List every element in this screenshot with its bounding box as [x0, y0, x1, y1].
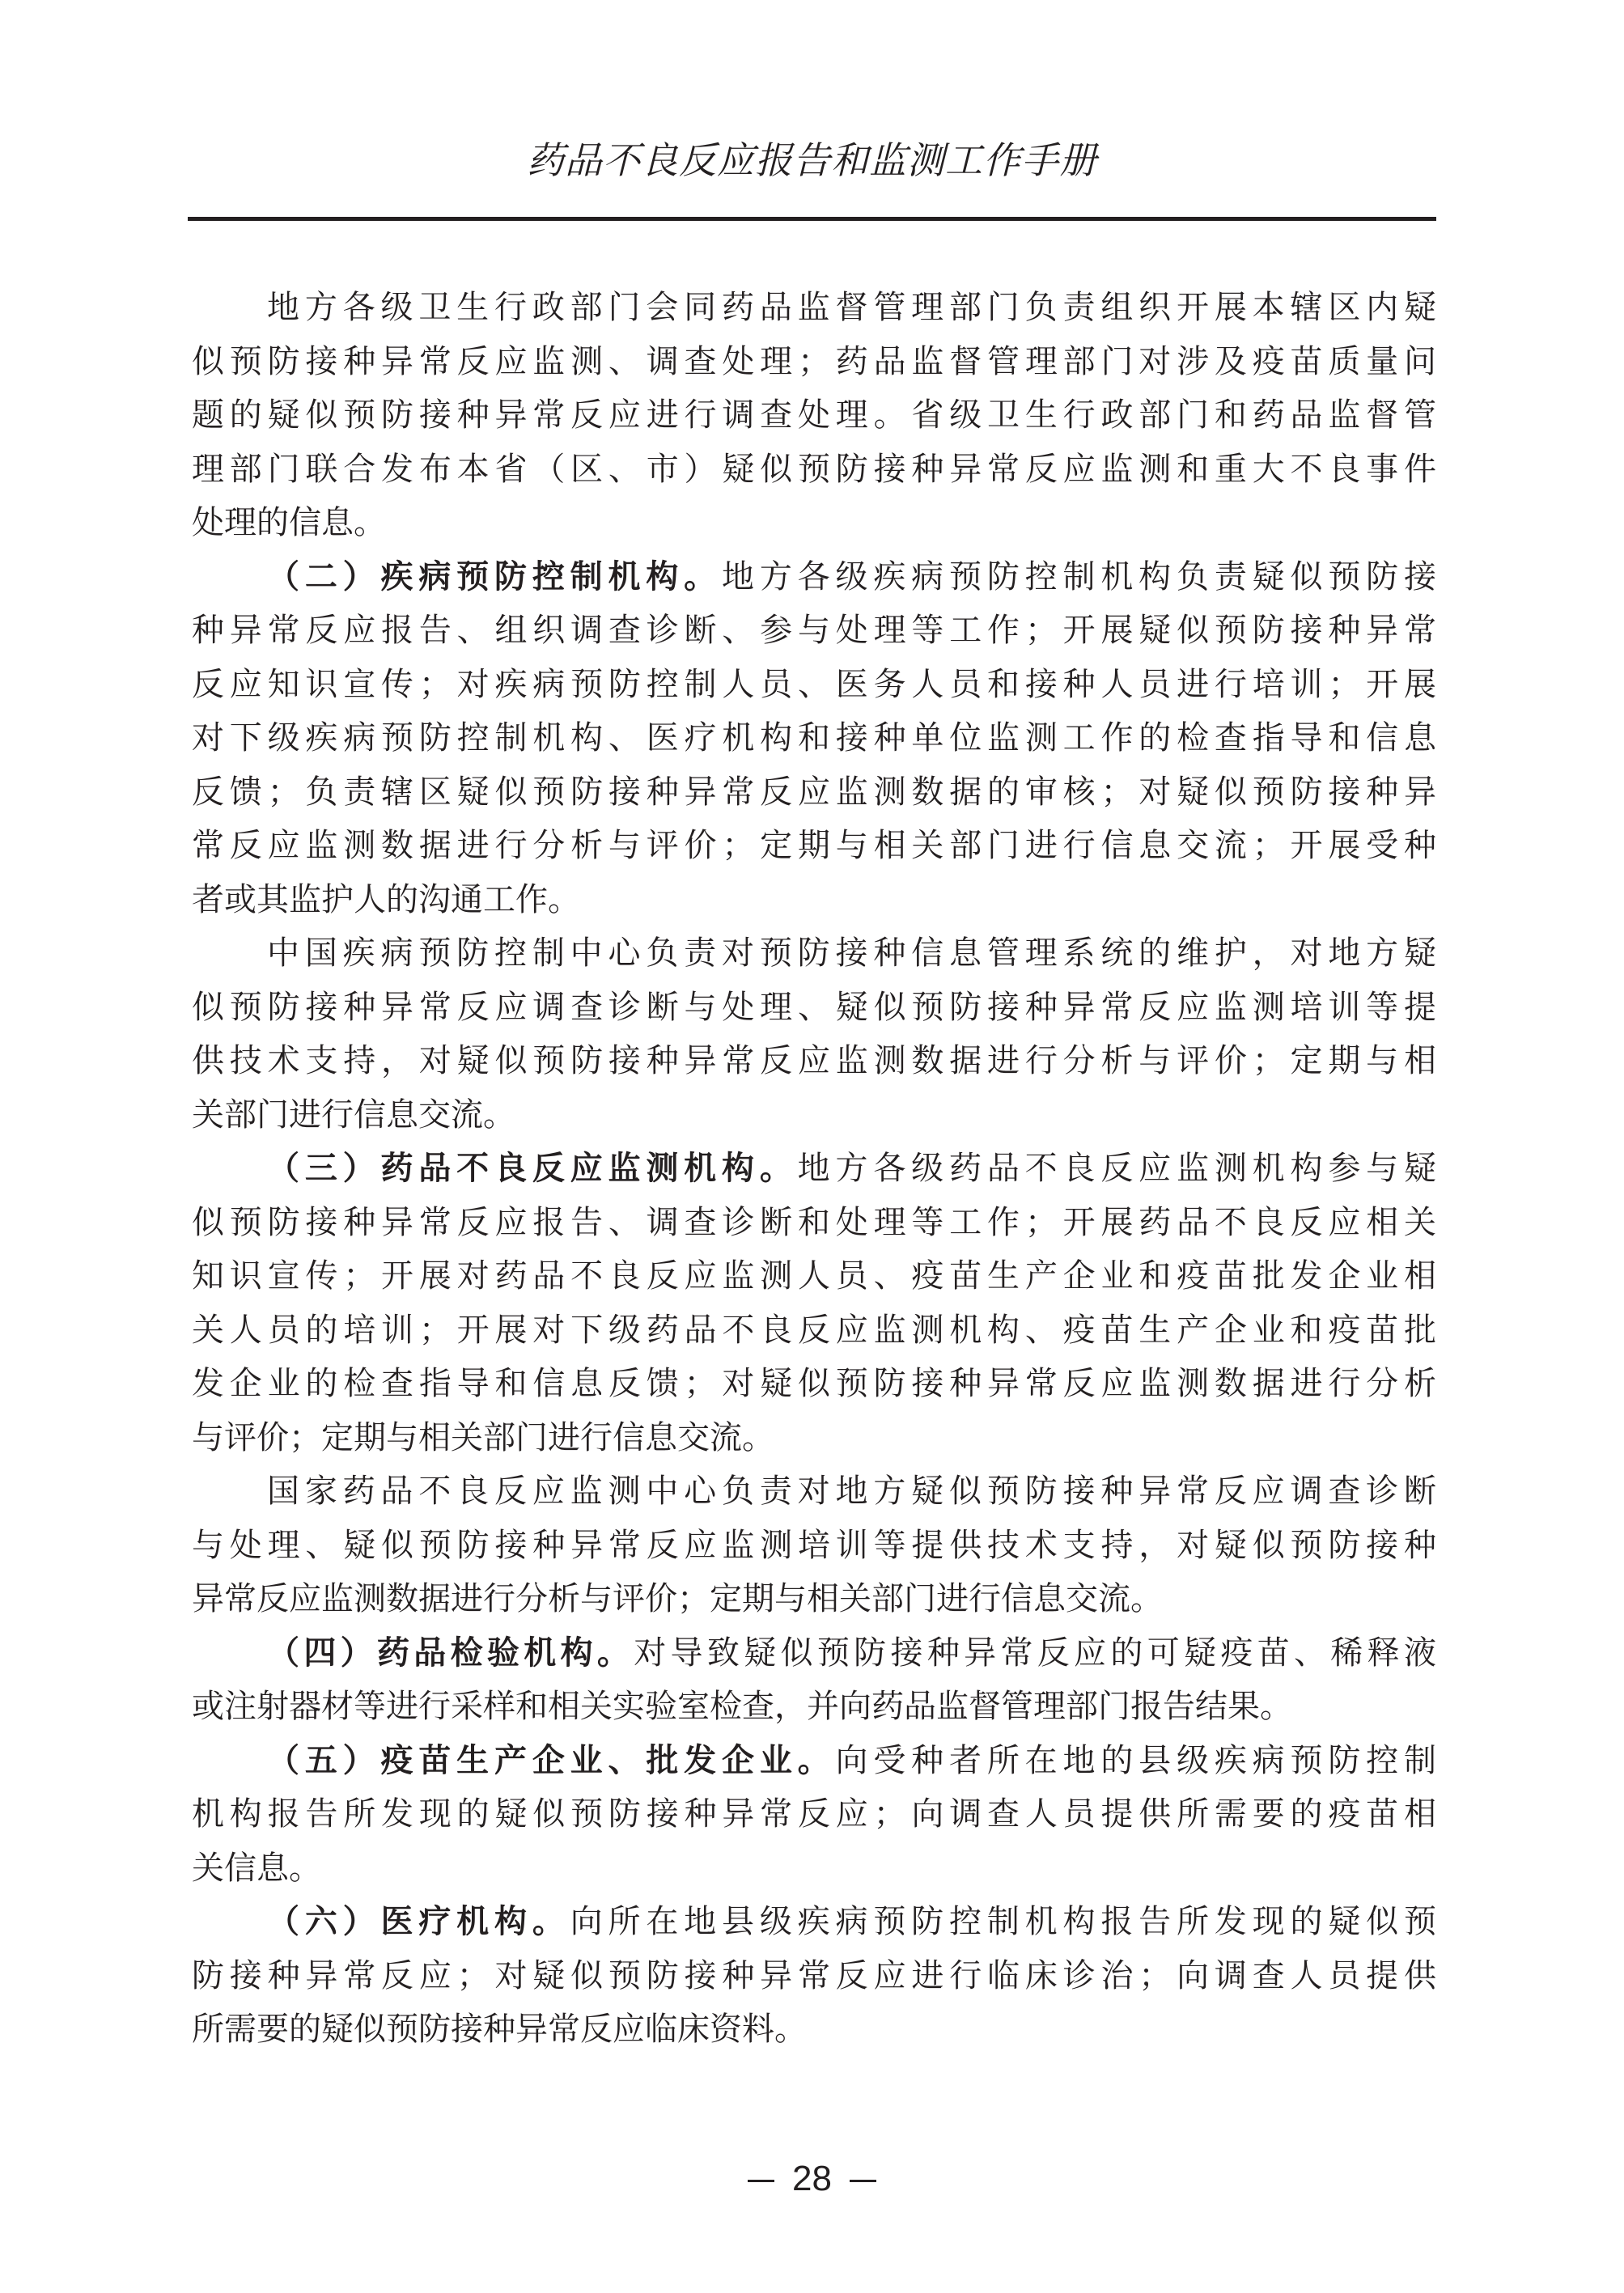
section-lead-line: （二）疾病预防控制机构。地方各级疾病预防控制机构负责疑似预防接	[192, 552, 1436, 606]
text-line: 与评价；定期与相关部门进行信息交流。	[192, 1413, 1436, 1467]
text-line: 中国疾病预防控制中心负责对预防接种信息管理系统的维护，对地方疑	[192, 928, 1436, 982]
text-run: 地方各级药品不良反应监测机构参与疑	[798, 1150, 1436, 1187]
text-line: 与处理、疑似预防接种异常反应监测培训等提供技术支持，对疑似预防接种	[192, 1520, 1436, 1575]
text-line: 关人员的培训；开展对下级药品不良反应监测机构、疫苗生产企业和疫苗批	[192, 1305, 1436, 1359]
text-line: 种异常反应报告、组织调查诊断、参与处理等工作；开展疑似预防接种异常	[192, 605, 1436, 659]
text-line: 关部门进行信息交流。	[192, 1090, 1436, 1144]
text-line: 异常反应监测数据进行分析与评价；定期与相关部门进行信息交流。	[192, 1574, 1436, 1628]
text-line: 所需要的疑似预防接种异常反应临床资料。	[192, 2004, 1436, 2058]
text-line: 理部门联合发布本省（区、市）疑似预防接种异常反应监测和重大不良事件	[192, 444, 1436, 498]
section-heading: （五）疫苗生产企业、批发企业。	[267, 1742, 836, 1779]
text-run: 对导致疑似预防接种异常反应的可疑疫苗、稀释液	[634, 1634, 1436, 1672]
text-line: 题的疑似预防接种异常反应进行调查处理。省级卫生行政部门和药品监督管	[192, 390, 1436, 444]
text-line: 常反应监测数据进行分析与评价；定期与相关部门进行信息交流；开展受种	[192, 820, 1436, 875]
text-line: 处理的信息。	[192, 498, 1436, 552]
text-line: 似预防接种异常反应调查诊断与处理、疑似预防接种异常反应监测培训等提	[192, 982, 1436, 1036]
text-line: 者或其监护人的沟通工作。	[192, 875, 1436, 929]
section-heading: （六）医疗机构。	[267, 1903, 570, 1940]
running-head: 药品不良反应报告和监测工作手册	[0, 136, 1624, 184]
section-heading: （四）药品检验机构。	[267, 1634, 634, 1672]
text-line: 机构报告所发现的疑似预防接种异常反应；向调查人员提供所需要的疫苗相	[192, 1789, 1436, 1843]
text-line: 知识宣传；开展对药品不良反应监测人员、疫苗生产企业和疫苗批发企业相	[192, 1251, 1436, 1305]
dash-left	[748, 2180, 774, 2182]
text-line: 似预防接种异常反应监测、调查处理；药品监督管理部门对涉及疫苗质量问	[192, 337, 1436, 391]
text-run: 向受种者所在地的县级疾病预防控制	[836, 1742, 1437, 1779]
text-line: 防接种异常反应；对疑似预防接种异常反应进行临床诊治；向调查人员提供	[192, 1951, 1436, 2005]
page-number: 28	[0, 2156, 1624, 2202]
section-lead-line: （六）医疗机构。向所在地县级疾病预防控制机构报告所发现的疑似预	[192, 1897, 1436, 1951]
text-line: 关信息。	[192, 1843, 1436, 1897]
text-line: 供技术支持，对疑似预防接种异常反应监测数据进行分析与评价；定期与相	[192, 1036, 1436, 1090]
text-line: 或注射器材等进行采样和相关实验室检查，并向药品监督管理部门报告结果。	[192, 1681, 1436, 1736]
text-line: 地方各级卫生行政部门会同药品监督管理部门负责组织开展本辖区内疑	[192, 282, 1436, 337]
text-line: 反应知识宣传；对疾病预防控制人员、医务人员和接种人员进行培训；开展	[192, 659, 1436, 714]
section-heading: （二）疾病预防控制机构。	[267, 558, 722, 596]
text-line: 发企业的检查指导和信息反馈；对疑似预防接种异常反应监测数据进行分析	[192, 1358, 1436, 1413]
text-run: 向所在地县级疾病预防控制机构报告所发现的疑似预	[570, 1903, 1436, 1940]
section-lead-line: （五）疫苗生产企业、批发企业。向受种者所在地的县级疾病预防控制	[192, 1736, 1436, 1790]
header-rule	[188, 217, 1436, 221]
section-lead-line: （四）药品检验机构。对导致疑似预防接种异常反应的可疑疫苗、稀释液	[192, 1628, 1436, 1682]
page-number-value: 28	[792, 2159, 832, 2198]
text-line: 对下级疾病预防控制机构、医疗机构和接种单位监测工作的检查指导和信息	[192, 713, 1436, 767]
section-heading: （三）药品不良反应监测机构。	[267, 1150, 798, 1187]
text-line: 似预防接种异常反应报告、调查诊断和处理等工作；开展药品不良反应相关	[192, 1197, 1436, 1252]
section-lead-line: （三）药品不良反应监测机构。地方各级药品不良反应监测机构参与疑	[192, 1143, 1436, 1197]
text-line: 国家药品不良反应监测中心负责对地方疑似预防接种异常反应调查诊断	[192, 1466, 1436, 1520]
text-run: 地方各级疾病预防控制机构负责疑似预防接	[722, 558, 1436, 596]
text-line: 反馈；负责辖区疑似预防接种异常反应监测数据的审核；对疑似预防接种异	[192, 767, 1436, 821]
dash-right	[850, 2180, 876, 2182]
body-text: 地方各级卫生行政部门会同药品监督管理部门负责组织开展本辖区内疑 似预防接种异常反…	[192, 282, 1436, 2058]
